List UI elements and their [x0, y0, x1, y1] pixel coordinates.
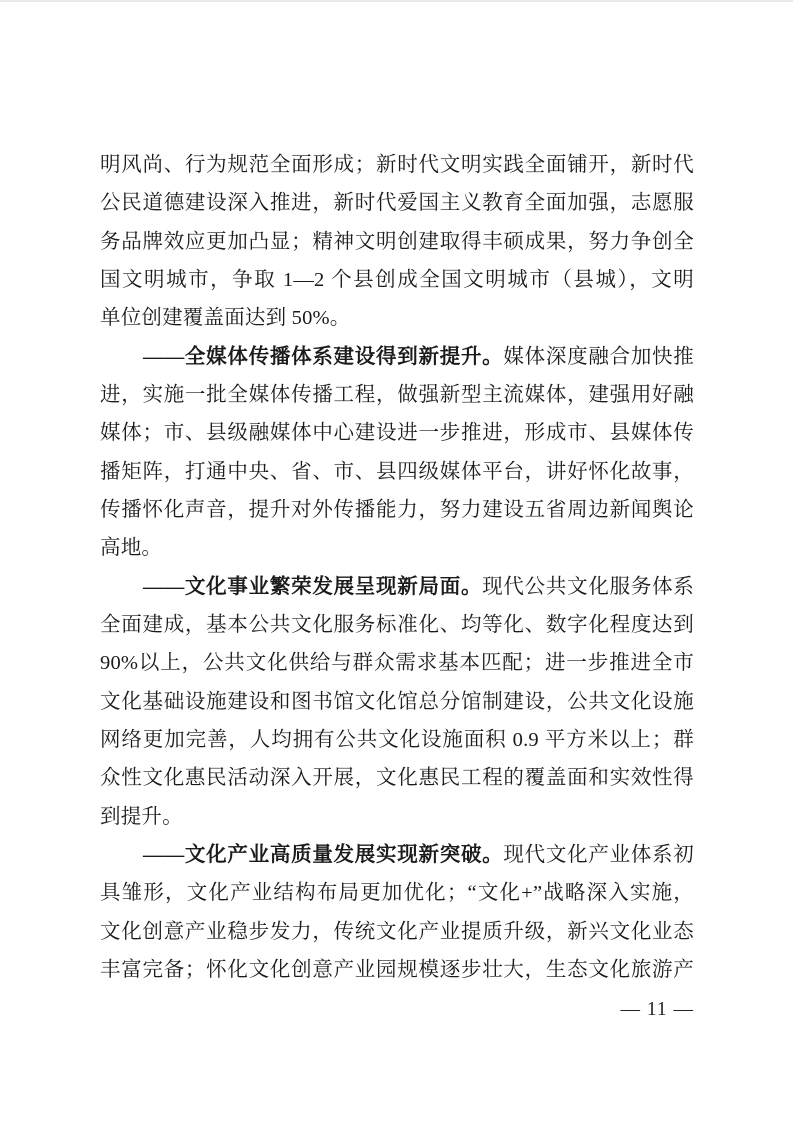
text-line: ——文化产业高质量发展实现新突破。现代文化产业体系初 — [100, 836, 694, 874]
text-line: 公民道德建设深入推进，新时代爱国主义教育全面加强，志愿服 — [100, 184, 694, 222]
heading-run: ——全媒体传播体系建设得到新提升。 — [143, 346, 503, 368]
text-run: 单位创建覆盖面达到 50%。 — [100, 307, 351, 329]
text-line: 到提升。 — [100, 798, 694, 836]
text-run: 国文明城市，争取 1—2 个县创成全国文明城市（县城），文明 — [100, 269, 694, 291]
text-run: 具雏形，文化产业结构布局更加优化；“文化+”战略深入实施， — [100, 882, 694, 904]
text-run: 务品牌效应更加凸显；精神文明创建取得丰硕成果，努力争创全 — [100, 231, 694, 253]
text-line: 进，实施一批全媒体传播工程，做强新型主流媒体，建强用好融 — [100, 376, 694, 414]
text-run: 进，实施一批全媒体传播工程，做强新型主流媒体，建强用好融 — [100, 384, 694, 406]
text-line: 单位创建覆盖面达到 50%。 — [100, 299, 694, 337]
text-run: 公民道德建设深入推进，新时代爱国主义教育全面加强，志愿服 — [100, 192, 694, 214]
text-run: 现代文化产业体系初 — [503, 844, 694, 866]
text-run: 媒体；市、县级融媒体中心建设进一步推进，形成市、县媒体传 — [100, 422, 694, 444]
text-line: 明风尚、行为规范全面形成；新时代文明实践全面铺开，新时代 — [100, 146, 694, 184]
text-line: 媒体；市、县级融媒体中心建设进一步推进，形成市、县媒体传 — [100, 414, 694, 452]
text-block: 明风尚、行为规范全面形成；新时代文明实践全面铺开，新时代公民道德建设深入推进，新… — [100, 146, 694, 989]
scan-edge-line — [0, 0, 793, 2]
text-line: 90%以上，公共文化供给与群众需求基本匹配；进一步推进全市 — [100, 644, 694, 682]
text-line: 全面建成，基本公共文化服务标准化、均等化、数字化程度达到 — [100, 606, 694, 644]
paragraph: 明风尚、行为规范全面形成；新时代文明实践全面铺开，新时代公民道德建设深入推进，新… — [100, 146, 694, 338]
text-run: 90%以上，公共文化供给与群众需求基本匹配；进一步推进全市 — [100, 652, 694, 674]
paragraph: ——全媒体传播体系建设得到新提升。媒体深度融合加快推进，实施一批全媒体传播工程，… — [100, 338, 694, 568]
text-run: 丰富完备；怀化文化创意产业园规模逐步壮大，生态文化旅游产 — [100, 959, 694, 981]
paragraph: ——文化事业繁荣发展呈现新局面。现代公共文化服务体系全面建成，基本公共文化服务标… — [100, 568, 694, 836]
paragraph: ——文化产业高质量发展实现新突破。现代文化产业体系初具雏形，文化产业结构布局更加… — [100, 836, 694, 989]
text-run: 传播怀化声音，提升对外传播能力，努力建设五省周边新闻舆论 — [100, 499, 694, 521]
text-run: 明风尚、行为规范全面形成；新时代文明实践全面铺开，新时代 — [100, 154, 694, 176]
text-run: 现代公共文化服务体系 — [482, 576, 694, 598]
page-number: — 11 — — [0, 999, 694, 1021]
text-line: ——文化事业繁荣发展呈现新局面。现代公共文化服务体系 — [100, 568, 694, 606]
document-page: 明风尚、行为规范全面形成；新时代文明实践全面铺开，新时代公民道德建设深入推进，新… — [0, 0, 793, 1122]
text-line: 务品牌效应更加凸显；精神文明创建取得丰硕成果，努力争创全 — [100, 223, 694, 261]
text-line: 文化基础设施建设和图书馆文化馆总分馆制建设，公共文化设施 — [100, 683, 694, 721]
text-line: 传播怀化声音，提升对外传播能力，努力建设五省周边新闻舆论 — [100, 491, 694, 529]
text-line: 丰富完备；怀化文化创意产业园规模逐步壮大，生态文化旅游产 — [100, 951, 694, 989]
text-run: 网络更加完善，人均拥有公共文化设施面积 0.9 平方米以上；群 — [100, 729, 694, 751]
text-run: 全面建成，基本公共文化服务标准化、均等化、数字化程度达到 — [100, 614, 694, 636]
text-line: 播矩阵，打通中央、省、市、县四级媒体平台，讲好怀化故事， — [100, 453, 694, 491]
text-run: 众性文化惠民活动深入开展，文化惠民工程的覆盖面和实效性得 — [100, 767, 694, 789]
text-run: 媒体深度融合加快推 — [503, 346, 694, 368]
text-line: 文化创意产业稳步发力，传统文化产业提质升级，新兴文化业态 — [100, 913, 694, 951]
text-run: 文化基础设施建设和图书馆文化馆总分馆制建设，公共文化设施 — [100, 691, 694, 713]
text-line: ——全媒体传播体系建设得到新提升。媒体深度融合加快推 — [100, 338, 694, 376]
text-run: 到提升。 — [100, 806, 183, 828]
text-line: 高地。 — [100, 529, 694, 567]
text-line: 具雏形，文化产业结构布局更加优化；“文化+”战略深入实施， — [100, 874, 694, 912]
text-run: 高地。 — [100, 537, 162, 559]
text-line: 国文明城市，争取 1—2 个县创成全国文明城市（县城），文明 — [100, 261, 694, 299]
page-number-label: — 11 — — [620, 999, 694, 1020]
text-run: 文化创意产业稳步发力，传统文化产业提质升级，新兴文化业态 — [100, 921, 694, 943]
text-run: 播矩阵，打通中央、省、市、县四级媒体平台，讲好怀化故事， — [100, 461, 694, 483]
text-line: 众性文化惠民活动深入开展，文化惠民工程的覆盖面和实效性得 — [100, 759, 694, 797]
text-line: 网络更加完善，人均拥有公共文化设施面积 0.9 平方米以上；群 — [100, 721, 694, 759]
heading-run: ——文化产业高质量发展实现新突破。 — [143, 844, 503, 866]
heading-run: ——文化事业繁荣发展呈现新局面。 — [143, 576, 482, 598]
